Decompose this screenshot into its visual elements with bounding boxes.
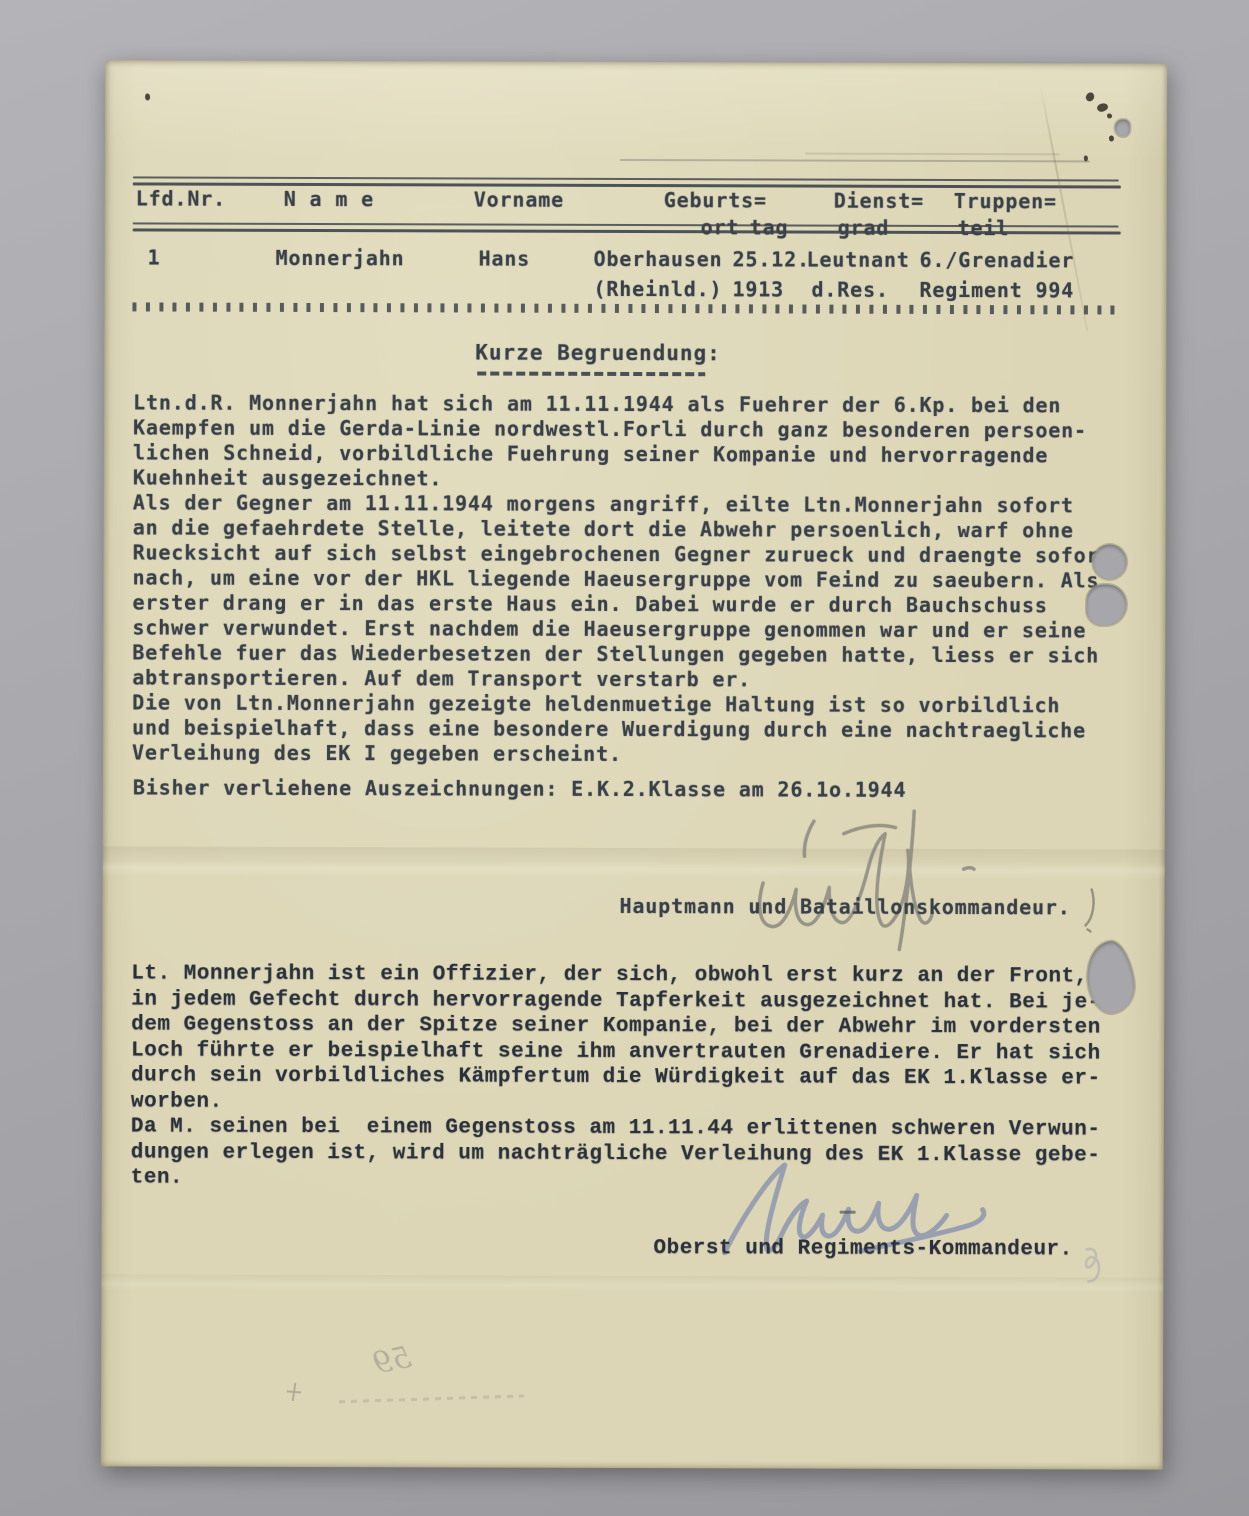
scan-background: Lfd.Nr. N a m e Vorname Geburts= Dienst=… xyxy=(0,0,1249,1516)
endorsement-line: worben. xyxy=(131,1089,1131,1118)
ghost-rule-2 xyxy=(805,153,1060,156)
ink-speck xyxy=(145,93,150,100)
bleedthrough-dashes xyxy=(339,1394,524,1402)
ink-speck xyxy=(1084,91,1096,103)
endorsement-line: in jedem Gefecht durch hervorragende Tap… xyxy=(131,987,1131,1016)
battalion-commander-signature-handwriting xyxy=(747,802,997,958)
row-dienstgrad-1: Leutnant xyxy=(807,248,910,273)
table-rule-top-1 xyxy=(133,176,1119,181)
justification-body: Ltn.d.R. Monnerjahn hat sich am 11.11.19… xyxy=(132,390,1133,768)
row-name: Monnerjahn xyxy=(276,246,405,271)
justification-line: Die von Ltn.Monnerjahn gezeigte heldenmu… xyxy=(132,690,1132,718)
handwritten-initial-mark xyxy=(1077,885,1101,933)
row-vorname: Hans xyxy=(479,247,531,272)
fold-crease xyxy=(103,846,1165,879)
small-tear xyxy=(1115,120,1130,137)
dotted-separator xyxy=(132,302,1120,314)
row-geburtsort-1: Oberhausen xyxy=(594,247,723,272)
handwritten-flourish-mark xyxy=(1078,1243,1104,1283)
ink-speck xyxy=(1107,113,1112,118)
regiment-signature-caption: Oberst und Regiments-Kommandeur. xyxy=(653,1236,1072,1263)
justification-line: Kuehnheit ausgezeichnet. xyxy=(133,465,1133,493)
justification-line: nach, um eine vor der HKL liegende Haeus… xyxy=(133,565,1133,593)
document-sheet: Lfd.Nr. N a m e Vorname Geburts= Dienst=… xyxy=(101,60,1167,1469)
table-rule-top-2 xyxy=(133,182,1121,188)
endorsement-line: durch sein vorbildliches Kämpfertum die … xyxy=(131,1063,1131,1092)
row-geburtstag-2: 1913 xyxy=(732,277,784,302)
table-header-truppen: Truppen= xyxy=(954,189,1057,214)
endorsement-line: Loch führte er beispielhaft seine ihm an… xyxy=(131,1038,1131,1067)
bleedthrough-number: 59 xyxy=(370,1340,415,1382)
table-header-ort: ort xyxy=(701,215,740,240)
row-truppenteil-1: 6./Grenadier xyxy=(920,248,1075,273)
justification-line: und beispielhaft, dass eine besondere Wu… xyxy=(132,715,1132,743)
justification-line: Befehle fuer das Wiederbesetzen der Stel… xyxy=(132,640,1132,668)
section-heading: Kurze Begruendung: xyxy=(475,340,721,366)
table-header-name: N a m e xyxy=(284,187,374,212)
table-header-vorname: Vorname xyxy=(474,187,564,212)
ink-speck xyxy=(1109,135,1114,141)
justification-line: schwer verwundet. Erst nachdem die Haeus… xyxy=(132,615,1132,643)
justification-line: Kaempfen um die Gerda-Linie nordwestl.Fo… xyxy=(133,415,1133,443)
endorsement-line: dem Gegenstoss an der Spitze seiner Komp… xyxy=(131,1012,1131,1041)
section-heading-underline xyxy=(477,372,705,376)
pencil-cross-mark xyxy=(287,1383,301,1401)
justification-line: abtransportieren. Auf dem Transport vers… xyxy=(132,665,1132,693)
table-header-dienst: Dienst= xyxy=(834,189,924,214)
ink-speck xyxy=(1096,102,1109,113)
typed-dash-mark xyxy=(840,1211,856,1214)
punch-hole xyxy=(1093,544,1127,579)
row-lfd-nr: 1 xyxy=(148,245,161,270)
table-header-teil: teil xyxy=(958,216,1010,241)
table-header-grad: grad xyxy=(838,216,890,241)
endorsement-line: Lt. Monnerjahn ist ein Offizier, der sic… xyxy=(131,961,1131,990)
row-truppenteil-2: Regiment 994 xyxy=(919,278,1074,303)
battalion-signature-caption: Hauptmann und Bataillonskommandeur. xyxy=(620,894,1071,920)
justification-line: Verleihung des EK I gegeben erscheint. xyxy=(132,740,1132,768)
ink-speck xyxy=(1084,155,1088,161)
justification-line: lichen Schneid, vorbildliche Fuehrung se… xyxy=(133,440,1133,468)
awards-line: Bisher verliehene Auszeichnungen: E.K.2.… xyxy=(133,775,907,802)
table-header-geburts: Geburts= xyxy=(664,188,767,213)
fold-crease-2 xyxy=(101,1274,1163,1293)
row-geburtstag-1: 25.12. xyxy=(733,247,810,272)
row-dienstgrad-2: d.Res. xyxy=(811,278,888,303)
justification-line: an die gefaehrdete Stelle, leitete dort … xyxy=(133,515,1133,543)
endorsement-line: Da M. seinen bei einem Gegenstoss am 11.… xyxy=(131,1114,1131,1143)
justification-line: Ruecksicht auf sich selbst eingebrochene… xyxy=(133,540,1133,568)
ghost-rule xyxy=(620,159,1090,162)
justification-line: erster drang er in das erste Haus ein. D… xyxy=(132,590,1132,618)
table-header-tag: tag xyxy=(750,215,789,240)
row-geburtsort-2: (Rheinld.) xyxy=(593,277,722,302)
table-header-lfd-nr: Lfd.Nr. xyxy=(136,186,226,211)
justification-line: Ltn.d.R. Monnerjahn hat sich am 11.11.19… xyxy=(133,390,1133,418)
justification-line: Als der Gegner am 11.11.1944 morgens ang… xyxy=(133,490,1133,518)
